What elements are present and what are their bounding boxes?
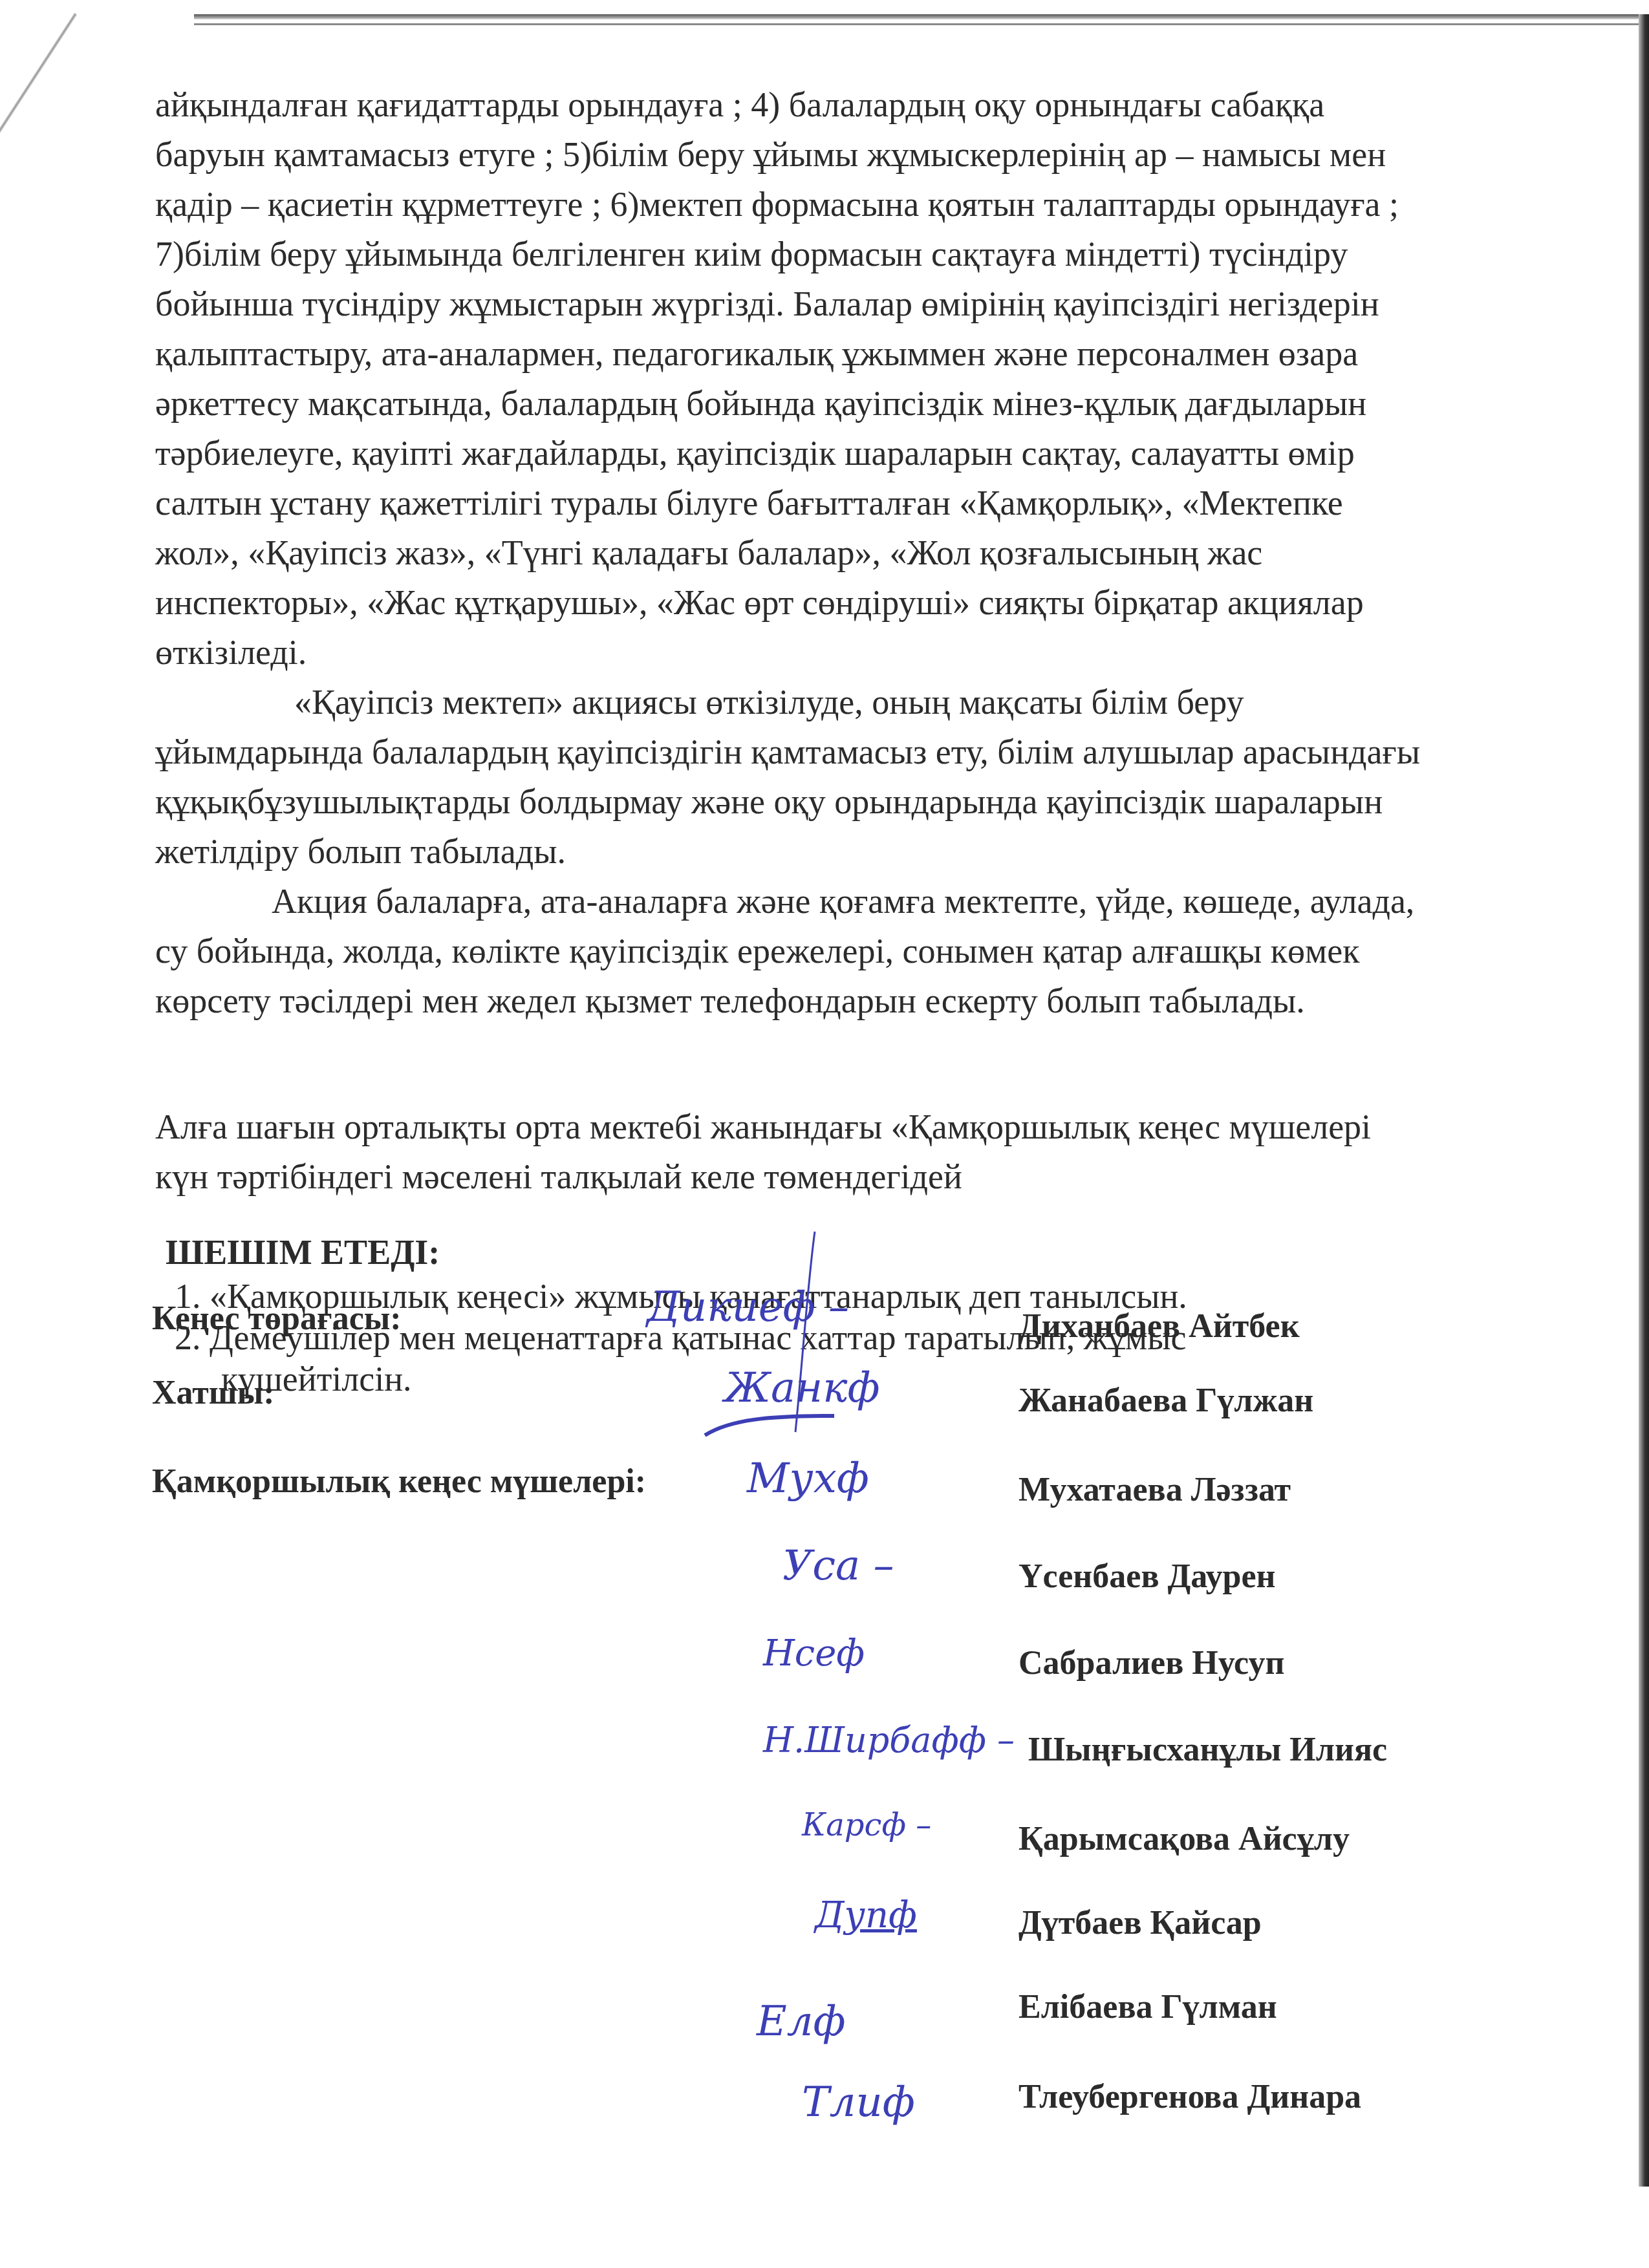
body-line: өткізіледі. bbox=[155, 628, 1526, 678]
signature-scribble: Карсф – bbox=[802, 1807, 931, 1843]
body-line: құқықбұзушылықтарды болдырмау және оқу о… bbox=[155, 777, 1526, 827]
signature-scribble: Жанкф bbox=[724, 1364, 880, 1412]
body-line: көрсету тәсілдері мен жедел қызмет телеф… bbox=[155, 976, 1526, 1026]
body-line: қалыптастыру, ата-аналармен, педагогикал… bbox=[155, 329, 1526, 379]
signature-scribble: Елф bbox=[757, 1998, 846, 2046]
signatory-name: Қарымсақова Айсұлу bbox=[1018, 1820, 1350, 1858]
document-body: айқындалған қағидаттарды орындауға ; 4) … bbox=[155, 80, 1526, 1400]
body-line: айқындалған қағидаттарды орындауға ; 4) … bbox=[155, 80, 1526, 130]
scan-edge-top bbox=[194, 14, 1643, 19]
body-line: су бойында, жолда, көлікте қауіпсіздік е… bbox=[155, 926, 1526, 976]
body-line: тәрбиелеуге, қауіпті жағдайларды, қауіпс… bbox=[155, 429, 1526, 478]
body-line: жетілдіру болып табылады. bbox=[155, 827, 1526, 877]
body-line: күн тәртібіндегі мәселені талқылай келе … bbox=[155, 1152, 1526, 1202]
body-line: жол», «Қауіпсіз жаз», «Түнгі қаладағы ба… bbox=[155, 528, 1526, 578]
body-line: «Қауіпсіз мектеп» акциясы өткізілуде, он… bbox=[155, 678, 1526, 727]
scan-diagonal-mark bbox=[0, 13, 77, 193]
paragraph-action: Акция балаларға, ата-аналарға және қоғам… bbox=[155, 877, 1526, 1026]
body-line: 7)білім беру ұйымында белгіленген киім ф… bbox=[155, 230, 1526, 279]
signature-scribble: Дупф bbox=[815, 1894, 917, 1936]
body-line: әркеттесу мақсатында, балалардың бойында… bbox=[155, 379, 1526, 429]
body-line: баруын қамтамасыз етуге ; 5)білім беру ұ… bbox=[155, 130, 1526, 180]
chair-label: Кеңес төрағасы: bbox=[152, 1300, 402, 1338]
body-line: қадір – қасиетін құрметтеуге ; 6)мектеп … bbox=[155, 180, 1526, 230]
signatory-name: Шыңғысханұлы Илияс bbox=[1028, 1731, 1387, 1769]
body-line: Алға шағын орталықты орта мектебі жанынд… bbox=[155, 1102, 1526, 1152]
spacer bbox=[155, 1026, 1526, 1102]
paragraph-preamble: Алға шағын орталықты орта мектебі жанынд… bbox=[155, 1102, 1526, 1202]
scan-edge-top-line bbox=[194, 23, 1643, 25]
signatory-name: Үсенбаев Даурен bbox=[1018, 1557, 1276, 1596]
members-label: Қамқоршылық кеңес мүшелері: bbox=[152, 1462, 646, 1501]
signature-scribble: Нсеф bbox=[763, 1632, 865, 1674]
signature-scribble: Мухф bbox=[747, 1455, 869, 1503]
signatory-name: Диханбаев Айтбек bbox=[1018, 1307, 1300, 1345]
body-line: инспекторы», «Жас құтқарушы», «Жас өрт с… bbox=[155, 578, 1526, 628]
signatory-name: Мухатаева Ләззат bbox=[1018, 1471, 1291, 1509]
body-line: ұйымдарында балалардың қауіпсіздігін қам… bbox=[155, 727, 1526, 777]
signatory-name: Сабралиев Нусуп bbox=[1018, 1644, 1284, 1682]
secretary-label: Хатшы: bbox=[152, 1374, 275, 1412]
signature-scribble: Н.Ширбафф – bbox=[763, 1720, 1015, 1760]
signatory-name: Елібаева Гүлман bbox=[1018, 1988, 1277, 2026]
signature-scribble: Тлиф bbox=[802, 2079, 915, 2126]
signatory-name: Дүтбаев Қайсар bbox=[1018, 1904, 1262, 1942]
scan-edge-right bbox=[1639, 14, 1649, 2187]
signatory-name: Жанабаева Гүлжан bbox=[1018, 1382, 1313, 1420]
signature-scribble: Дикиеф – bbox=[647, 1283, 849, 1331]
signatory-name: Тлеубергенова Динара bbox=[1018, 2078, 1361, 2116]
body-line: Акция балаларға, ата-аналарға және қоғам… bbox=[155, 877, 1526, 926]
paragraph-safe-school: «Қауіпсіз мектеп» акциясы өткізілуде, он… bbox=[155, 678, 1526, 877]
body-line: салтын ұстану қажеттілігі туралы білуге … bbox=[155, 478, 1526, 528]
decision-heading: ШЕШІМ ЕТЕДІ: bbox=[155, 1229, 1526, 1276]
paragraph-explanation: айқындалған қағидаттарды орындауға ; 4) … bbox=[155, 80, 1526, 678]
signature-scribble: Уса – bbox=[782, 1542, 894, 1590]
body-line: бойынша түсіндіру жұмыстарын жүргізді. Б… bbox=[155, 279, 1526, 329]
